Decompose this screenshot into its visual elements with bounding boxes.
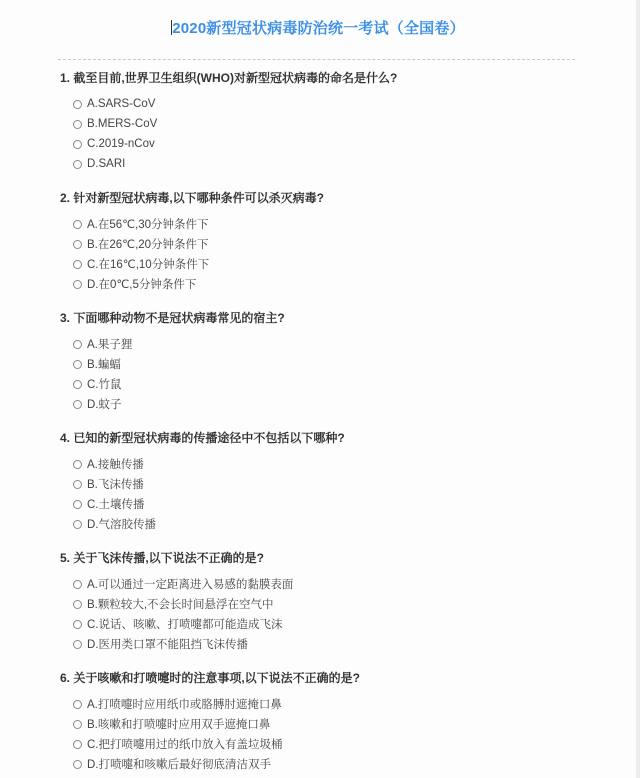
radio-icon[interactable] (73, 620, 82, 629)
question-1: 1. 截至目前,世界卫生组织(WHO)对新型冠状病毒的命名是什么? A.SARS… (60, 68, 580, 174)
radio-icon[interactable] (73, 700, 82, 709)
option-a[interactable]: A.SARS-CoV (60, 94, 580, 114)
radio-icon[interactable] (73, 460, 82, 469)
option-label: D.SARI (87, 158, 125, 170)
radio-icon[interactable] (73, 280, 82, 289)
option-b[interactable]: B.颗粒较大,不会长时间悬浮在空气中 (60, 594, 580, 614)
option-b[interactable]: B.蝙蝠 (60, 354, 580, 374)
radio-icon[interactable] (73, 400, 82, 409)
option-label: C.2019-nCov (87, 138, 155, 150)
radio-icon[interactable] (73, 580, 82, 589)
radio-icon[interactable] (73, 140, 82, 149)
option-label: D.蚊子 (87, 396, 122, 412)
radio-icon[interactable] (73, 740, 82, 749)
option-label: B.蝙蝠 (87, 356, 121, 372)
radio-icon[interactable] (73, 640, 82, 649)
radio-icon[interactable] (73, 240, 82, 249)
option-d[interactable]: D.在0℃,5分钟条件下 (60, 274, 580, 294)
options-list: A.果子狸 B.蝙蝠 C.竹鼠 D.蚊子 (60, 334, 580, 414)
option-label: B.MERS-CoV (87, 118, 157, 130)
option-a[interactable]: A.打喷嚏时应用纸巾或胳膊肘遮掩口鼻 (60, 694, 580, 714)
option-c[interactable]: C.说话、咳嗽、打喷嚏都可能造成飞沫 (60, 614, 580, 634)
radio-icon[interactable] (73, 480, 82, 489)
options-list: A.接触传播 B.飞沫传播 C.土壤传播 D.气溶胶传播 (60, 454, 580, 534)
option-d[interactable]: D.蚊子 (60, 394, 580, 414)
option-label: C.说话、咳嗽、打喷嚏都可能造成飞沫 (87, 616, 283, 632)
radio-icon[interactable] (73, 340, 82, 349)
option-d[interactable]: D.医用类口罩不能阻挡飞沫传播 (60, 634, 580, 654)
question-title: 6. 关于咳嗽和打喷嚏时的注意事项,以下说法不正确的是? (60, 668, 580, 688)
option-a[interactable]: A.可以通过一定距离进入易感的黏膜表面 (60, 574, 580, 594)
option-label: D.医用类口罩不能阻挡飞沫传播 (87, 636, 248, 652)
option-c[interactable]: C.把打喷嚏用过的纸巾放入有盖垃圾桶 (60, 734, 580, 754)
option-label: C.在16℃,10分钟条件下 (87, 256, 209, 272)
option-label: A.SARS-CoV (87, 98, 155, 110)
title-divider (58, 59, 575, 60)
question-5: 5. 关于飞沫传播,以下说法不正确的是? A.可以通过一定距离进入易感的黏膜表面… (60, 548, 580, 654)
options-list: A.在56℃,30分钟条件下 B.在26℃,20分钟条件下 C.在16℃,10分… (60, 214, 580, 294)
options-list: A.打喷嚏时应用纸巾或胳膊肘遮掩口鼻 B.咳嗽和打喷嚏时应用双手遮掩口鼻 C.把… (60, 694, 580, 774)
question-title: 4. 已知的新型冠状病毒的传播途径中不包括以下哪种? (60, 428, 580, 448)
radio-icon[interactable] (73, 500, 82, 509)
radio-icon[interactable] (73, 260, 82, 269)
option-c[interactable]: C.2019-nCov (60, 134, 580, 154)
options-list: A.SARS-CoV B.MERS-CoV C.2019-nCov D.SARI (60, 94, 580, 174)
option-label: B.咳嗽和打喷嚏时应用双手遮掩口鼻 (87, 716, 270, 732)
option-label: A.可以通过一定距离进入易感的黏膜表面 (87, 576, 293, 592)
option-label: D.气溶胶传播 (87, 516, 156, 532)
radio-icon[interactable] (73, 100, 82, 109)
radio-icon[interactable] (73, 380, 82, 389)
option-label: D.打喷嚏和咳嗽后最好彻底清洁双手 (87, 756, 271, 772)
option-label: B.在26℃,20分钟条件下 (87, 236, 209, 252)
option-label: A.打喷嚏时应用纸巾或胳膊肘遮掩口鼻 (87, 696, 282, 712)
radio-icon[interactable] (73, 760, 82, 769)
option-label: C.把打喷嚏用过的纸巾放入有盖垃圾桶 (87, 736, 283, 752)
radio-icon[interactable] (73, 520, 82, 529)
radio-icon[interactable] (73, 720, 82, 729)
question-3: 3. 下面哪种动物不是冠状病毒常见的宿主? A.果子狸 B.蝙蝠 C.竹鼠 D.… (60, 308, 580, 414)
option-label: C.竹鼠 (87, 376, 122, 392)
option-c[interactable]: C.土壤传播 (60, 494, 580, 514)
question-title: 1. 截至目前,世界卫生组织(WHO)对新型冠状病毒的命名是什么? (60, 68, 580, 88)
radio-icon[interactable] (73, 120, 82, 129)
option-label: A.在56℃,30分钟条件下 (87, 216, 209, 232)
option-b[interactable]: B.咳嗽和打喷嚏时应用双手遮掩口鼻 (60, 714, 580, 734)
radio-icon[interactable] (73, 220, 82, 229)
option-label: B.飞沫传播 (87, 476, 144, 492)
option-d[interactable]: D.SARI (60, 154, 580, 174)
question-title: 3. 下面哪种动物不是冠状病毒常见的宿主? (60, 308, 580, 328)
question-6: 6. 关于咳嗽和打喷嚏时的注意事项,以下说法不正确的是? A.打喷嚏时应用纸巾或… (60, 668, 580, 774)
option-label: C.土壤传播 (87, 496, 145, 512)
option-c[interactable]: C.在16℃,10分钟条件下 (60, 254, 580, 274)
question-4: 4. 已知的新型冠状病毒的传播途径中不包括以下哪种? A.接触传播 B.飞沫传播… (60, 428, 580, 534)
exam-page: 2020新型冠状病毒防治统一考试（全国卷） 1. 截至目前,世界卫生组织(WHO… (0, 0, 636, 778)
option-label: A.接触传播 (87, 456, 144, 472)
scrollbar-track[interactable] (636, 0, 640, 778)
option-c[interactable]: C.竹鼠 (60, 374, 580, 394)
option-label: B.颗粒较大,不会长时间悬浮在空气中 (87, 596, 274, 612)
option-a[interactable]: A.接触传播 (60, 454, 580, 474)
question-title: 2. 针对新型冠状病毒,以下哪种条件可以杀灭病毒? (60, 188, 580, 208)
option-a[interactable]: A.果子狸 (60, 334, 580, 354)
option-b[interactable]: B.MERS-CoV (60, 114, 580, 134)
option-a[interactable]: A.在56℃,30分钟条件下 (60, 214, 580, 234)
radio-icon[interactable] (73, 160, 82, 169)
option-b[interactable]: B.在26℃,20分钟条件下 (60, 234, 580, 254)
option-label: A.果子狸 (87, 336, 132, 352)
exam-title: 2020新型冠状病毒防治统一考试（全国卷） (0, 17, 636, 38)
question-2: 2. 针对新型冠状病毒,以下哪种条件可以杀灭病毒? A.在56℃,30分钟条件下… (60, 188, 580, 294)
option-d[interactable]: D.气溶胶传播 (60, 514, 580, 534)
options-list: A.可以通过一定距离进入易感的黏膜表面 B.颗粒较大,不会长时间悬浮在空气中 C… (60, 574, 580, 654)
option-b[interactable]: B.飞沫传播 (60, 474, 580, 494)
option-label: D.在0℃,5分钟条件下 (87, 276, 196, 292)
question-title: 5. 关于飞沫传播,以下说法不正确的是? (60, 548, 580, 568)
radio-icon[interactable] (73, 600, 82, 609)
option-d[interactable]: D.打喷嚏和咳嗽后最好彻底清洁双手 (60, 754, 580, 774)
radio-icon[interactable] (73, 360, 82, 369)
exam-title-text: 2020新型冠状病毒防治统一考试（全国卷） (172, 20, 465, 37)
